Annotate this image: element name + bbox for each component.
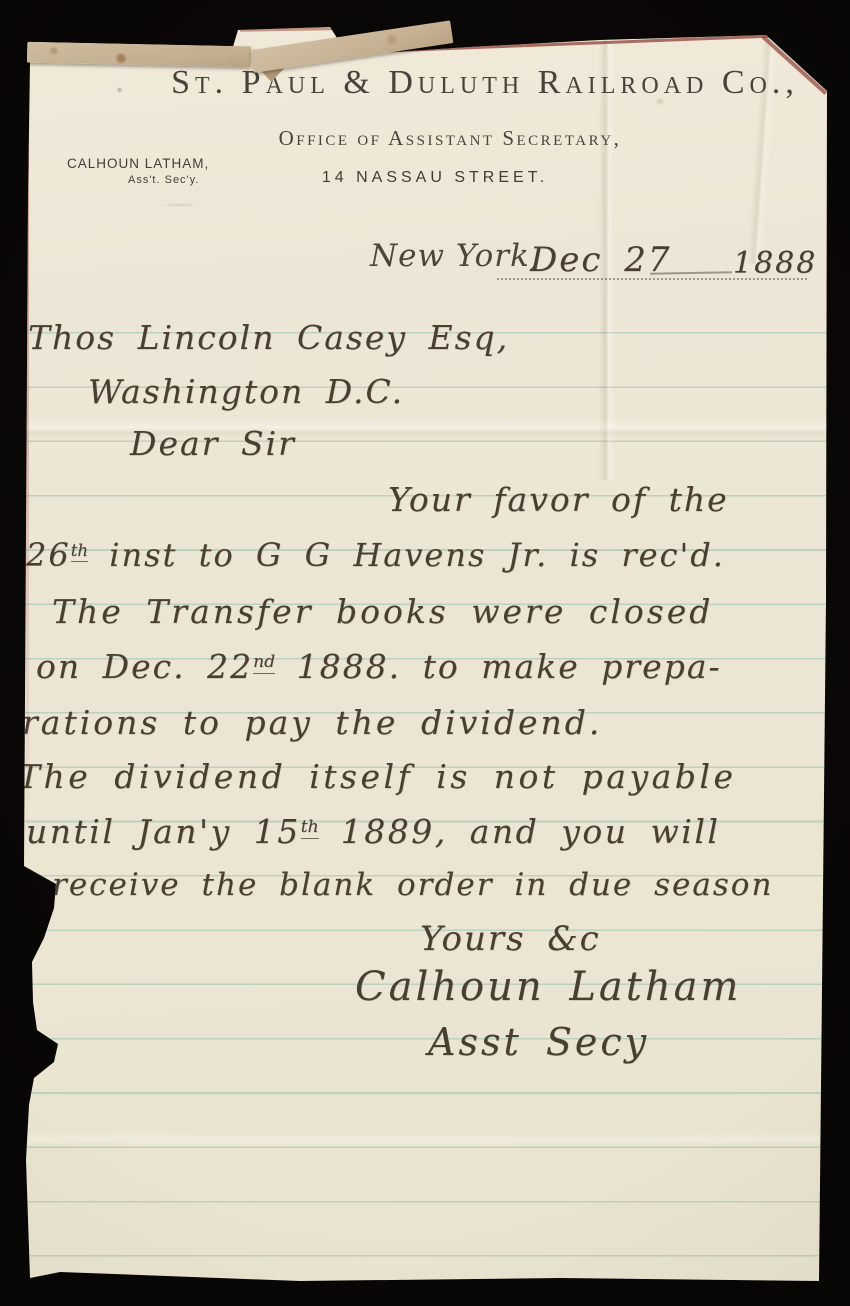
smudge-mark: [160, 203, 200, 207]
valediction: Yours &c: [420, 919, 601, 959]
body-line-8: receive the blank order in due season: [52, 867, 773, 903]
salutation: Dear Sir: [130, 424, 296, 463]
letterhead-officer-title: Ass't. Sec'y.: [128, 174, 199, 186]
letter-paper: St. Paul & Duluth Railroad Co., Office o…: [0, 0, 850, 1306]
signature-title: Asst Secy: [428, 1020, 649, 1064]
body-line-2: 26th inst to G G Havens Jr. is rec'd.: [26, 536, 725, 574]
letterhead-street-address: 14 NASSAU STREET.: [300, 169, 570, 187]
horizontal-fold-crease: [0, 419, 850, 437]
recipient-city: Washington D.C.: [88, 372, 404, 411]
letterhead-office-line: Office of Assistant Secretary,: [255, 126, 645, 151]
body-line-1: Your favor of the: [388, 480, 729, 519]
recipient-name: Thos Lincoln Casey Esq,: [28, 318, 509, 357]
lower-fold-crease: [0, 1132, 850, 1146]
body-line-4: on Dec. 22nd 1888. to make prepa-: [36, 647, 722, 686]
body-line-5: rations to pay the dividend.: [22, 703, 602, 742]
body-line-6: The dividend itself is not payable: [18, 757, 737, 796]
dateline-year: 1888: [733, 246, 817, 281]
foxing-spot: [116, 87, 123, 93]
photo-background: St. Paul & Duluth Railroad Co., Office o…: [0, 0, 850, 1306]
signature-name: Calhoun Latham: [355, 964, 741, 1010]
letterhead-officer-name: CALHOUN LATHAM,: [67, 156, 209, 171]
body-line-3: The Transfer books were closed: [52, 592, 713, 631]
body-line-7: until Jan'y 15th 1889, and you will: [26, 812, 720, 851]
